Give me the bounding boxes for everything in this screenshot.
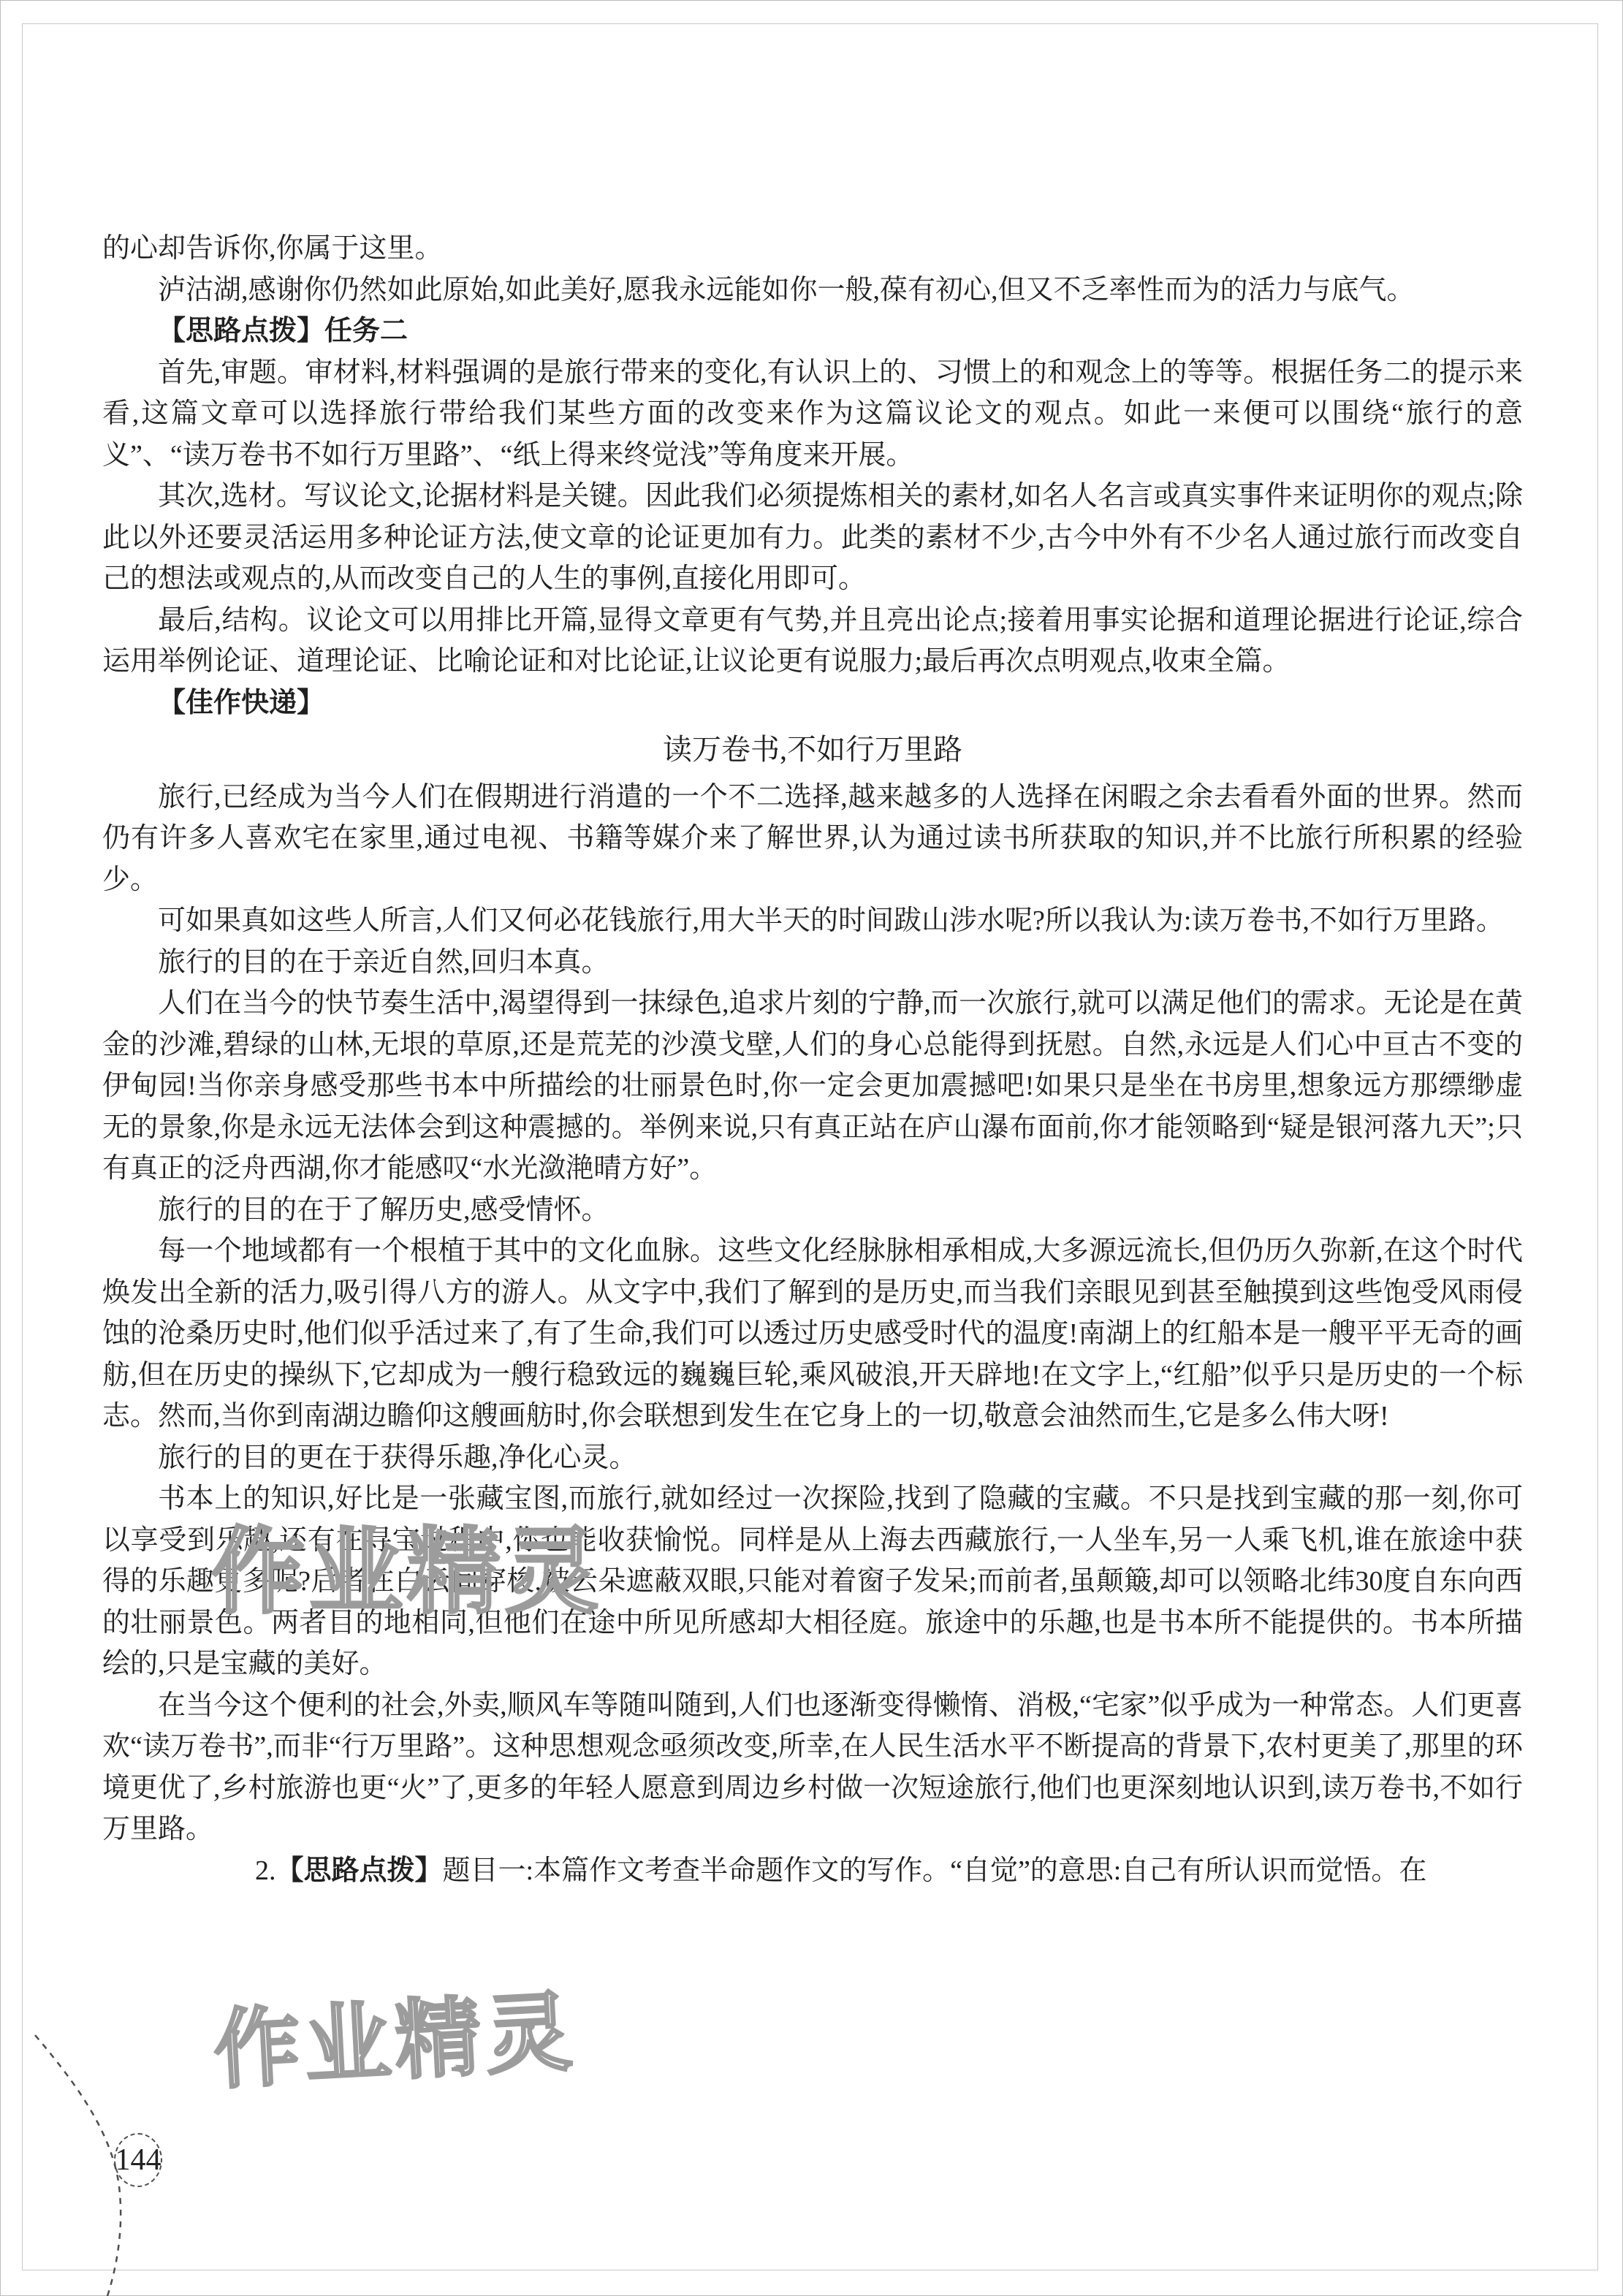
essay-title: 读万卷书,不如行万里路 [102,729,1523,771]
paragraph: 在当今这个便利的社会,外卖,顺风车等随叫随到,人们也逐渐变得懒惰、消极,“宅家”… [102,1685,1523,1850]
paragraph-text: 首先,审题。审材料,材料强调的是旅行带来的变化,有认识上的、习惯上的和观念上的等… [102,357,1523,471]
paragraph: 旅行的目的在于亲近自然,回归本真。 [102,942,1523,984]
paragraph: 泸沽湖,感谢你仍然如此原始,如此美好,愿我永远能如你一般,葆有初心,但又不乏率性… [102,270,1523,311]
page-number-badge: 144 [114,2133,162,2187]
item-number: 2. [255,1855,276,1886]
paragraph: 其次,选材。写议论文,论据材料是关键。因此我们必须提炼相关的素材,如名人名言或真… [102,476,1523,600]
paragraph: 首先,审题。审材料,材料强调的是旅行带来的变化,有认识上的、习惯上的和观念上的等… [102,352,1523,476]
section-heading: 【佳作快递】 [102,683,1523,724]
inline-heading: 【思路点拨】 [276,1855,443,1886]
paragraph-text: 可如果真如这些人所言,人们又何必花钱旅行,用大半天的时间跋山涉水呢?所以我认为:… [158,905,1504,936]
paragraph-text: 【佳作快递】 [158,688,324,718]
paragraph-text: 旅行,已经成为当今人们在假期进行消遣的一个不二选择,越来越多的人选择在闲暇之余去… [102,782,1523,895]
paragraph-text: 每一个地域都有一个根植于其中的文化血脉。这些文化经脉脉相承相成,大多源远流长,但… [102,1236,1523,1432]
paragraph: 人们在当今的快节奏生活中,渴望得到一抹绿色,追求片刻的宁静,而一次旅行,就可以满… [102,983,1523,1190]
paragraph-text: 旅行的目的更在于获得乐趣,净化心灵。 [158,1442,637,1473]
paragraph: 旅行的目的更在于获得乐趣,净化心灵。 [102,1437,1523,1479]
page-number: 144 [115,2143,161,2178]
paragraph-text: 人们在当今的快节奏生活中,渴望得到一抹绿色,追求片刻的宁静,而一次旅行,就可以满… [102,988,1523,1184]
paragraph-text: 最后,结构。议论文可以用排比开篇,显得文章更有气势,并且亮出论点;接着用事实论据… [102,605,1523,677]
paragraph-text: 泸沽湖,感谢你仍然如此原始,如此美好,愿我永远能如你一般,葆有初心,但又不乏率性… [158,275,1415,305]
paragraph: 旅行,已经成为当今人们在假期进行消遣的一个不二选择,越来越多的人选择在闲暇之余去… [102,777,1523,901]
watermark-lower: 作业精灵 [212,1989,579,2094]
paragraph: 可如果真如这些人所言,人们又何必花钱旅行,用大半天的时间跋山涉水呢?所以我认为:… [102,900,1523,942]
paragraph-text: 其次,选材。写议论文,论据材料是关键。因此我们必须提炼相关的素材,如名人名言或真… [102,481,1523,594]
paragraph-text: 在当今这个便利的社会,外卖,顺风车等随叫随到,人们也逐渐变得懒惰、消极,“宅家”… [102,1690,1523,1845]
paragraph: 最后,结构。议论文可以用排比开篇,显得文章更有气势,并且亮出论点;接着用事实论据… [102,600,1523,683]
paragraph: 旅行的目的在于了解历史,感受情怀。 [102,1190,1523,1231]
paragraph-text: 书本上的知识,好比是一张藏宝图,而旅行,就如经过一次探险,找到了隐藏的宝藏。不只… [102,1483,1523,1679]
paragraph: 书本上的知识,好比是一张藏宝图,而旅行,就如经过一次探险,找到了隐藏的宝藏。不只… [102,1478,1523,1685]
paragraph-text: 题目一:本篇作文考查半命题作文的写作。“自觉”的意思:自己有所认识而觉悟。在 [443,1855,1427,1886]
section-heading: 【思路点拨】任务二 [102,311,1523,352]
paragraph: 每一个地域都有一个根植于其中的文化血脉。这些文化经脉脉相承相成,大多源远流长,但… [102,1231,1523,1437]
paragraph-text: 【思路点拨】任务二 [158,316,408,346]
paragraph-text: 读万卷书,不如行万里路 [663,733,962,766]
paragraph-continuation: 的心却告诉你,你属于这里。 [102,228,1523,270]
book-page: 的心却告诉你,你属于这里。泸沽湖,感谢你仍然如此原始,如此美好,愿我永远能如你一… [0,0,1623,2296]
paragraph-text: 的心却告诉你,你属于这里。 [102,233,443,264]
document-content: 的心却告诉你,你属于这里。泸沽湖,感谢你仍然如此原始,如此美好,愿我永远能如你一… [102,228,1523,1891]
paragraph-text: 旅行的目的在于亲近自然,回归本真。 [158,947,609,978]
paragraph-text: 旅行的目的在于了解历史,感受情怀。 [158,1195,609,1225]
paragraph-numbered: 2.【思路点拨】题目一:本篇作文考查半命题作文的写作。“自觉”的意思:自己有所认… [102,1850,1523,1892]
